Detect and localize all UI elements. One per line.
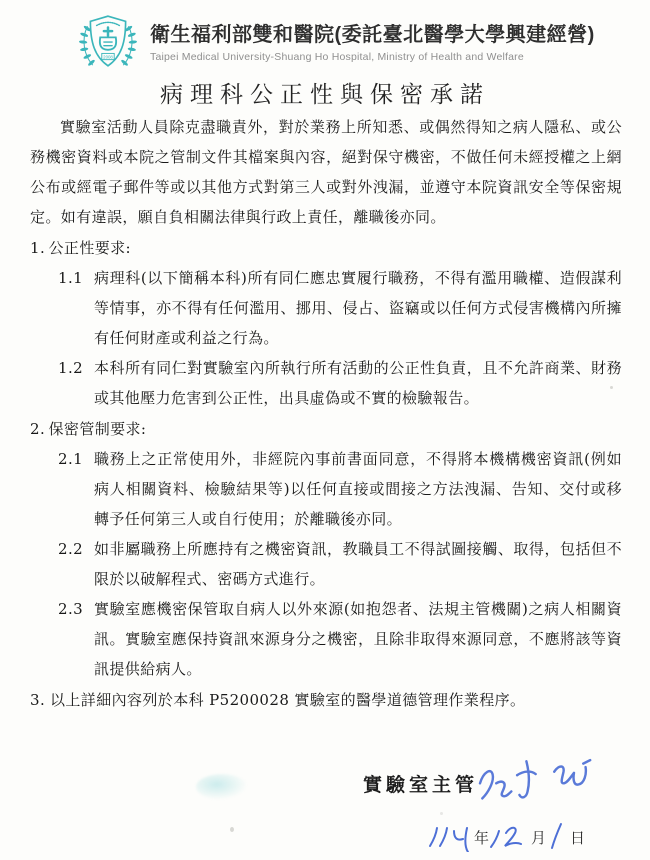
handwritten-month bbox=[489, 818, 531, 852]
clause-number: 1.2 bbox=[58, 353, 94, 413]
document-title: 病理科公正性與保密承諾 bbox=[0, 76, 650, 109]
clause-number: 2.2 bbox=[58, 534, 94, 594]
clause-2-3: 2.3 實驗室應機密保管取自病人以外來源(如抱怨者、法規主管機關)之病人相關資訊… bbox=[58, 594, 622, 684]
scan-smudge bbox=[196, 774, 248, 800]
scan-speck bbox=[610, 386, 613, 389]
clause-2-2: 2.2 如非屬職務上所應持有之機密資訊，教職員工不得試圖接觸、取得，包括但不限於… bbox=[58, 534, 622, 594]
day-unit: 日 bbox=[570, 818, 585, 848]
document-body: 實驗室活動人員除克盡職責外，對於業務上所知悉、或偶然得知之病人隱私、或公務機密資… bbox=[30, 112, 622, 715]
clause-text: 實驗室應機密保管取自病人以外來源(如抱怨者、法規主管機關)之病人相關資訊。實驗室… bbox=[94, 594, 622, 684]
intro-paragraph: 實驗室活動人員除克盡職責外，對於業務上所知悉、或偶然得知之病人隱私、或公務機密資… bbox=[30, 112, 622, 232]
handwritten-year bbox=[428, 818, 474, 852]
scanned-document-page: 2008 衛生福利部雙和醫院(委託臺北醫學大學興建經營) Taipei Medi… bbox=[0, 0, 650, 860]
closing-clause: 3. 以上詳細內容列於本科 P5200028 實驗室的醫學道德管理作業程序。 bbox=[30, 685, 622, 715]
clause-text: 病理科(以下簡稱本科)所有同仁應忠實履行職務，不得有濫用職權、造假謀利等情事，亦… bbox=[94, 263, 622, 353]
year-unit: 年 bbox=[474, 818, 489, 848]
handwritten-day bbox=[546, 818, 570, 852]
section-1-heading: 1. 公正性要求: bbox=[30, 233, 622, 263]
clause-text: 如非屬職務上所應持有之機密資訊，教職員工不得試圖接觸、取得，包括但不限於以破解程… bbox=[94, 534, 622, 594]
hospital-logo-icon: 2008 bbox=[76, 12, 140, 70]
clause-1-2: 1.2 本科所有同仁對實驗室內所執行所有活動的公正性負責，且不允許商業、財務或其… bbox=[58, 353, 622, 413]
scan-speck bbox=[230, 827, 234, 832]
clause-2-1: 2.1 職務上之正常使用外，非經院內事前書面同意，不得將本機構機密資訊(例如病人… bbox=[58, 444, 622, 534]
clause-number: 1.1 bbox=[58, 263, 94, 353]
clause-1-1: 1.1 病理科(以下簡稱本科)所有同仁應忠實履行職務，不得有濫用職權、造假謀利等… bbox=[58, 263, 622, 353]
hospital-name-en: Taipei Medical University-Shuang Ho Hosp… bbox=[150, 51, 595, 63]
clause-number: 3. bbox=[30, 685, 50, 715]
logo-year-text: 2008 bbox=[103, 54, 113, 59]
clause-text: 職務上之正常使用外，非經院內事前書面同意，不得將本機構機密資訊(例如病人相關資料… bbox=[94, 444, 622, 534]
hospital-name-zh: 衛生福利部雙和醫院(委託臺北醫學大學興建經營) bbox=[150, 18, 595, 47]
section-2-heading: 2. 保密管制要求: bbox=[30, 414, 622, 444]
clause-text: 以上詳細內容列於本科 P5200028 實驗室的醫學道德管理作業程序。 bbox=[50, 685, 622, 715]
date-line: 年 月 日 bbox=[428, 818, 585, 852]
scan-speck bbox=[440, 812, 443, 815]
document-header: 2008 衛生福利部雙和醫院(委託臺北醫學大學興建經營) Taipei Medi… bbox=[76, 12, 630, 70]
handwritten-signature bbox=[468, 752, 608, 810]
clause-text: 本科所有同仁對實驗室內所執行所有活動的公正性負責，且不允許商業、財務或其他壓力危… bbox=[94, 353, 622, 413]
month-unit: 月 bbox=[531, 818, 546, 848]
lab-supervisor-label: 實驗室主管 bbox=[363, 770, 478, 797]
clause-number: 2.3 bbox=[58, 594, 94, 684]
clause-number: 2.1 bbox=[58, 444, 94, 534]
